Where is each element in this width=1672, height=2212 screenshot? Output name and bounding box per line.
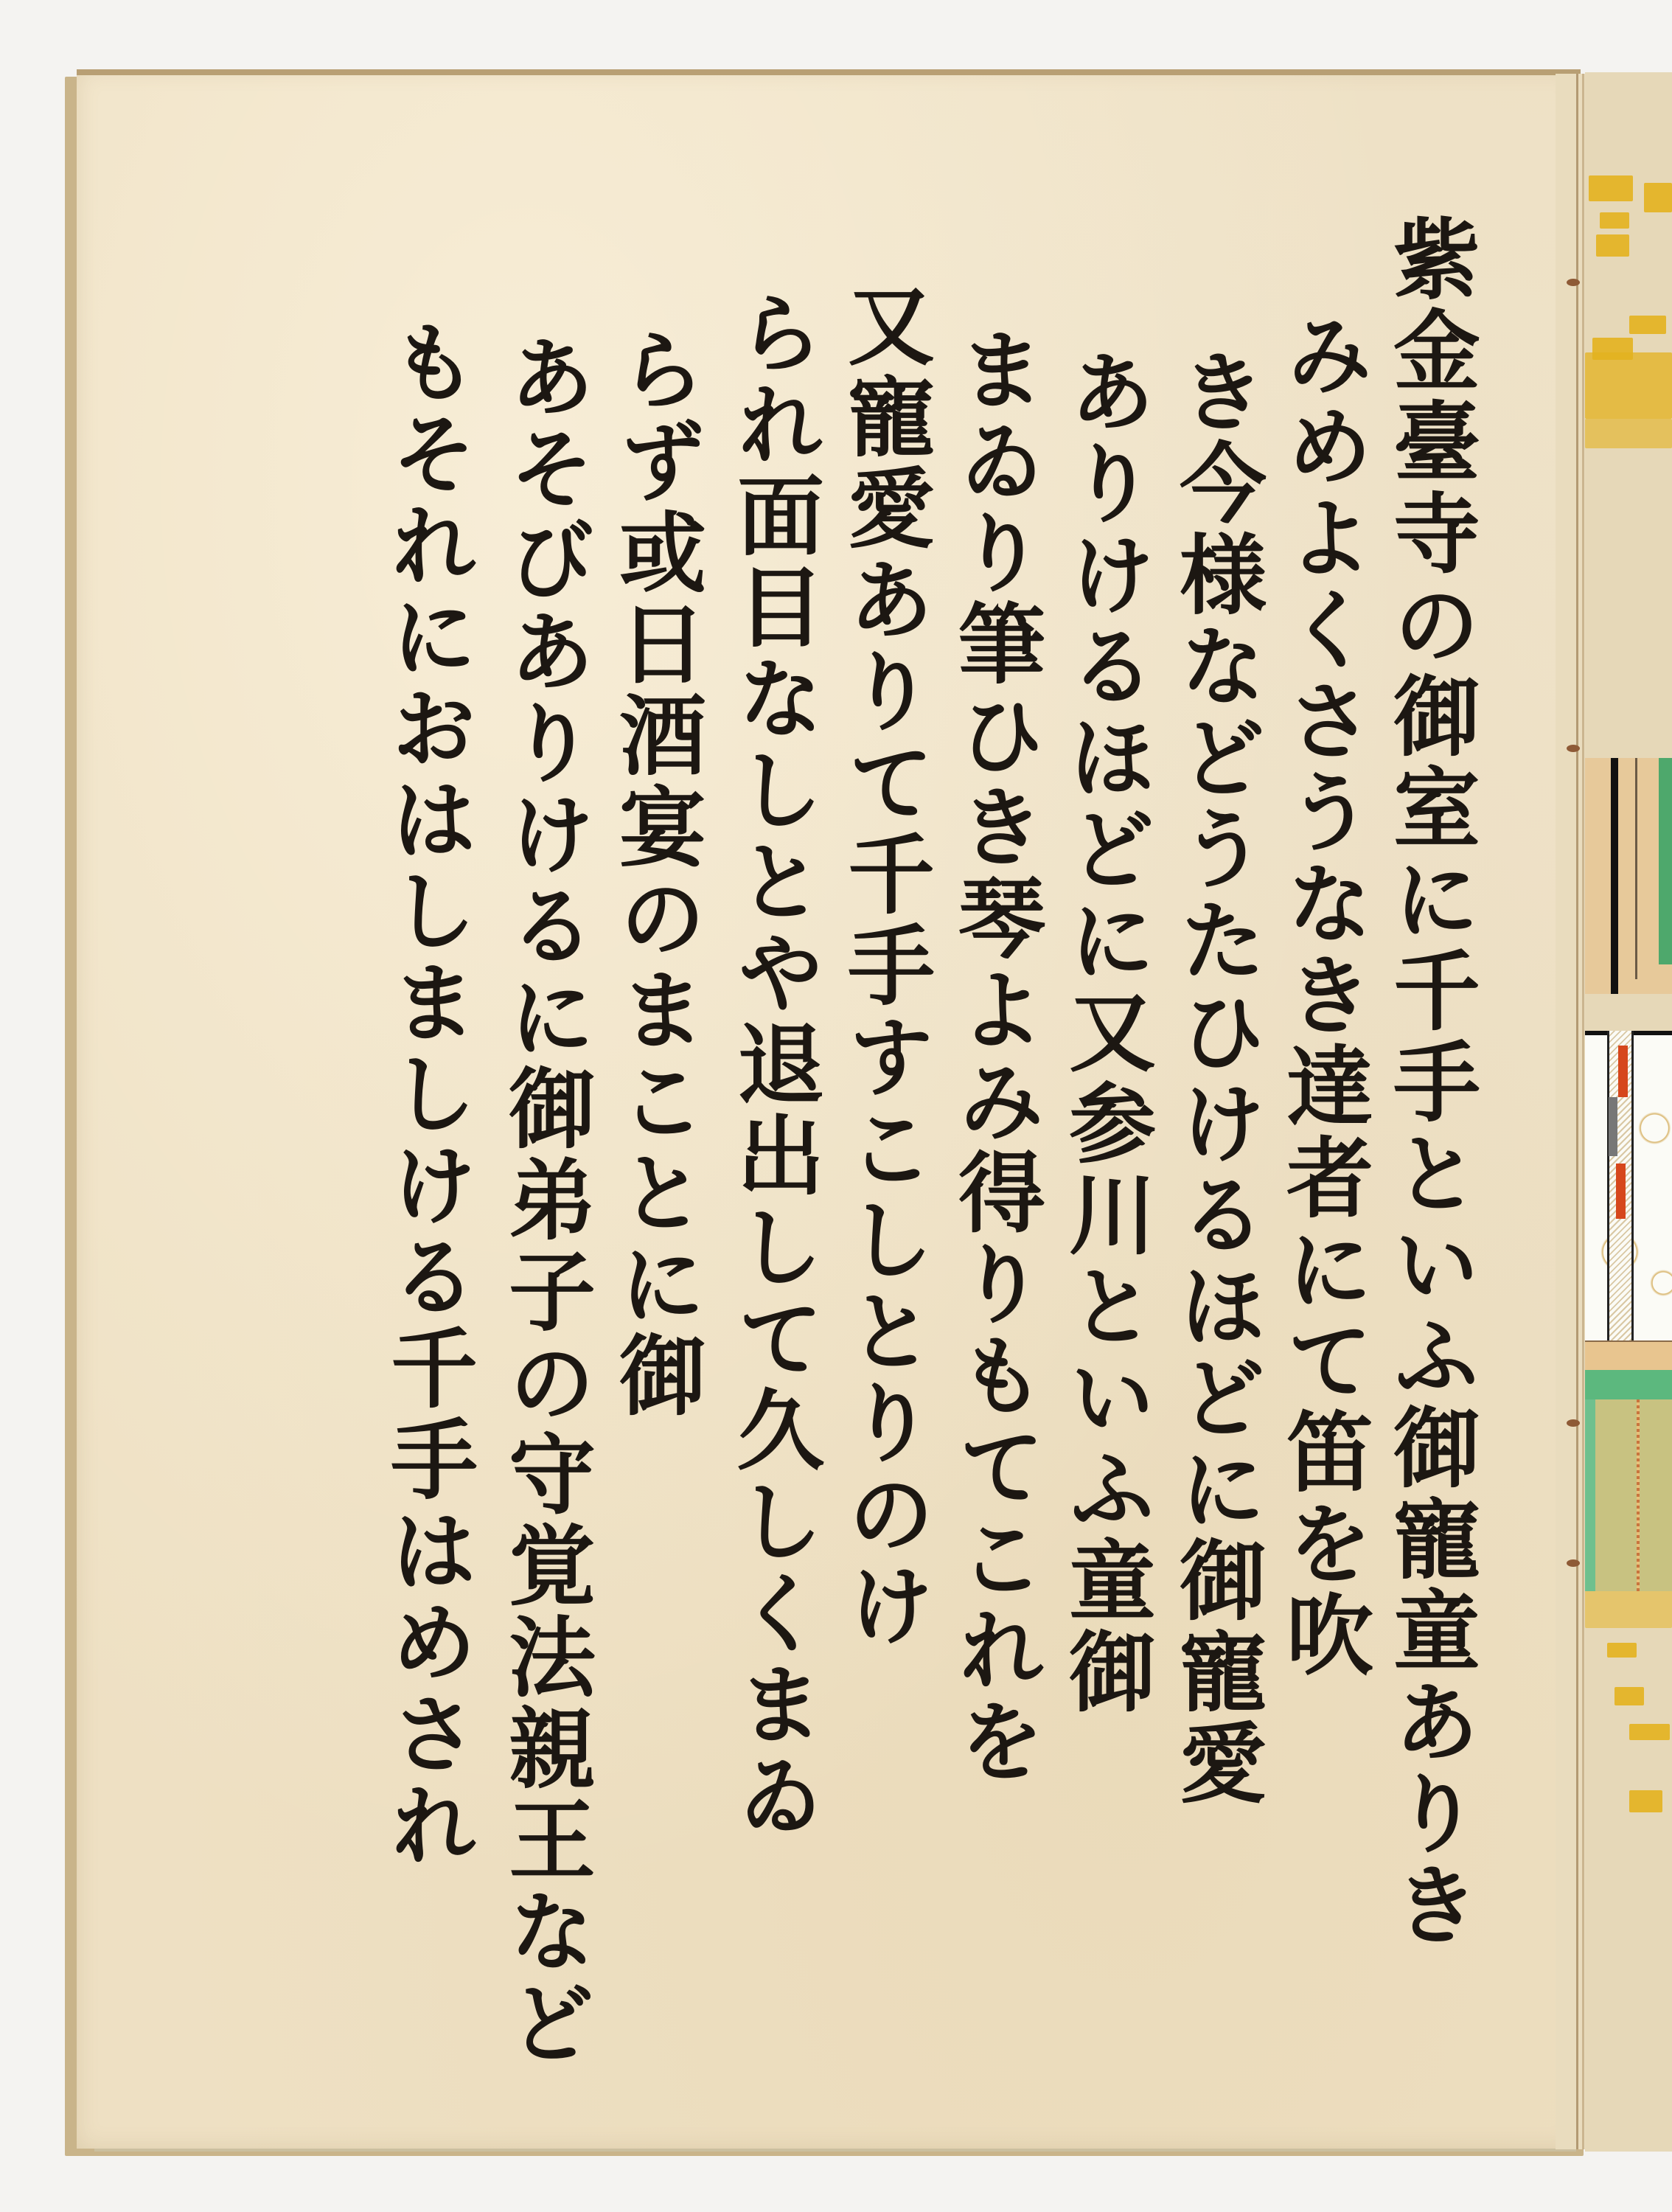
binding-margin bbox=[1556, 74, 1585, 2149]
illustration-curtain bbox=[1659, 758, 1672, 964]
binding-hole-icon bbox=[1567, 745, 1580, 752]
gold-leaf bbox=[1614, 1687, 1644, 1705]
text-column-7: られ面目なしとや退出して久しくまゐ bbox=[730, 288, 817, 1842]
gold-leaf bbox=[1629, 316, 1666, 334]
illustration-cord bbox=[1637, 1399, 1640, 1591]
illustration-tatami bbox=[1585, 1399, 1672, 1591]
facing-illustrated-page bbox=[1585, 72, 1672, 2152]
text-column-10: もそれにおはしましける千手はめされ bbox=[383, 317, 470, 1871]
text-column-2: みめよくさうなき達者にて笛を吹 bbox=[1279, 310, 1366, 1681]
text-column-9: あそびありけるに御弟子の守覚法親王など bbox=[501, 332, 588, 2069]
text-column-1: 紫金臺寺の御室に千手といふ御寵童ありき bbox=[1386, 214, 1473, 1951]
illustration-beam bbox=[1585, 1340, 1672, 1373]
binding-hole-icon bbox=[1567, 1419, 1580, 1427]
gutter-line bbox=[1576, 74, 1578, 2149]
page-top-edge bbox=[77, 69, 1581, 75]
text-column-5: まゐり筆ひき琴よみ得りもてこれを bbox=[951, 324, 1038, 1787]
illustration-red-band bbox=[1616, 1164, 1626, 1219]
gold-leaf bbox=[1629, 1790, 1662, 1812]
gold-leaf bbox=[1585, 419, 1672, 448]
illustration-tatami-edge bbox=[1585, 1370, 1672, 1399]
text-column-3: き今様などうたひけるほどに御寵愛 bbox=[1172, 347, 1259, 1809]
illustration-grey-band bbox=[1609, 1097, 1617, 1156]
binding-hole-icon bbox=[1567, 1559, 1580, 1567]
gold-leaf bbox=[1596, 234, 1629, 257]
gold-leaf bbox=[1585, 352, 1672, 419]
illustration-post bbox=[1635, 758, 1637, 979]
text-column-4: ありけるほどに又参川といふ童御 bbox=[1062, 347, 1149, 1718]
binding-hole-icon bbox=[1567, 279, 1580, 286]
text-column-8: らず或日酒宴のまことに御 bbox=[612, 324, 699, 1422]
gold-leaf bbox=[1644, 183, 1672, 212]
text-column-6: 又寵愛ありて千手すこしとりのけ bbox=[840, 280, 927, 1652]
gold-leaf bbox=[1629, 1724, 1670, 1740]
gold-leaf bbox=[1607, 1643, 1637, 1658]
illustration-post bbox=[1611, 758, 1618, 994]
gutter-line-2 bbox=[1582, 74, 1584, 2149]
illustration-red-band bbox=[1618, 1046, 1628, 1097]
gold-leaf bbox=[1600, 212, 1629, 229]
gold-leaf bbox=[1589, 175, 1633, 201]
